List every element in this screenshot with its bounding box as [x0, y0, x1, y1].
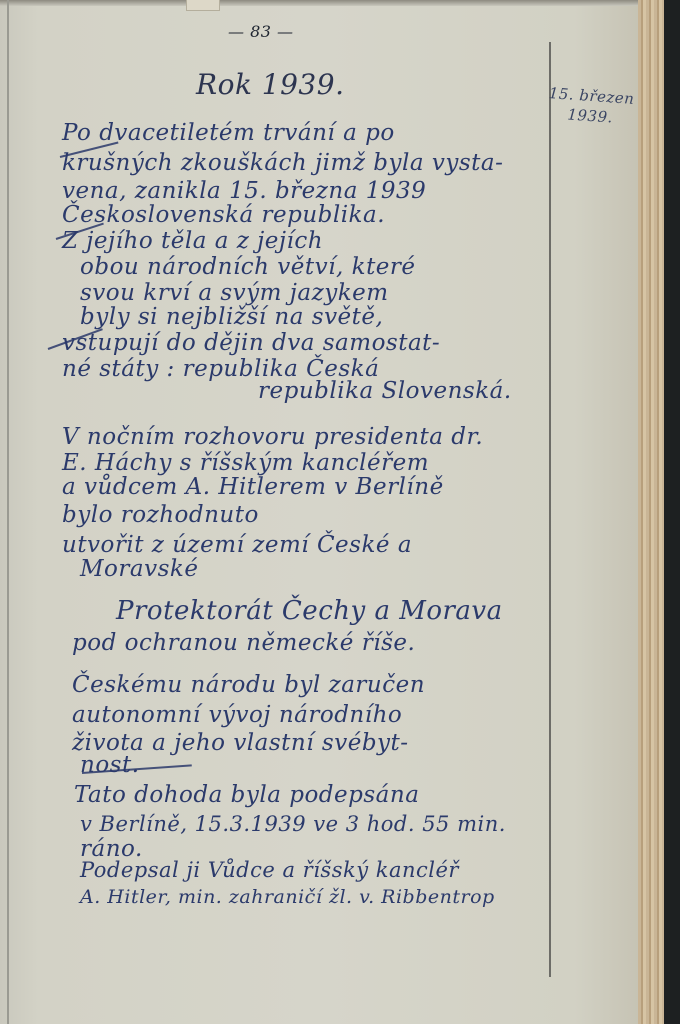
text-line: a vůdcem A. Hitlerem v Berlíně [62, 474, 444, 500]
text-line: vstupují do dějin dva samostat- [62, 330, 440, 356]
page-number: — 83 — [228, 22, 294, 41]
text-line: Českému národu byl zaručen [72, 672, 425, 698]
scanned-page: — 83 — Rok 1939. 15. březen 1939. Po dva… [0, 0, 680, 1024]
text-line: obou národních větví, které [80, 254, 416, 280]
text-line: Moravské [80, 556, 198, 582]
text-line: byly si nejbližší na světě, [80, 304, 383, 330]
page-tab [186, 0, 220, 11]
right-margin-rule [549, 42, 551, 977]
chronicle-page: — 83 — Rok 1939. 15. březen 1939. Po dva… [0, 0, 638, 1024]
text-line: nost. [80, 752, 140, 778]
page-edges [638, 0, 664, 1024]
text-line: v Berlíně, 15.3.1939 ve 3 hod. 55 min. [80, 812, 506, 836]
text-line: Z jejího těla a z jejích [62, 228, 323, 254]
text-line: bylo rozhodnuto [62, 502, 259, 528]
text-line: E. Háchy s říšským kancléřem [62, 450, 429, 476]
text-line: V nočním rozhovoru presidenta dr. [62, 424, 483, 450]
text-line: vena, zanikla 15. března 1939 [62, 178, 426, 204]
text-line: pod ochranou německé říše. [72, 630, 415, 656]
book-cover [664, 0, 680, 1024]
page-title: Rok 1939. [196, 68, 344, 101]
text-line: A. Hitler, min. zahraničí žl. v. Ribbent… [80, 886, 495, 908]
text-line: krušných zkouškách jimž byla vysta- [62, 150, 503, 176]
text-line: Podepsal ji Vůdce a říšský kancléř [80, 858, 459, 882]
text-line: Československá republika. [62, 202, 385, 228]
left-margin-rule [7, 0, 9, 1024]
text-line: utvořit z území zemí České a [62, 532, 412, 558]
text-line: republika Slovenská. [258, 378, 512, 404]
text-line: autonomní vývoj národního [72, 702, 402, 728]
text-line: svou krví a svým jazykem [80, 280, 389, 306]
text-line: Protektorát Čechy a Morava [116, 596, 503, 626]
page-top-shadow [0, 0, 640, 6]
text-line: Tato dohoda byla podepsána [74, 782, 419, 808]
margin-date-note: 15. březen 1939. [547, 83, 635, 129]
